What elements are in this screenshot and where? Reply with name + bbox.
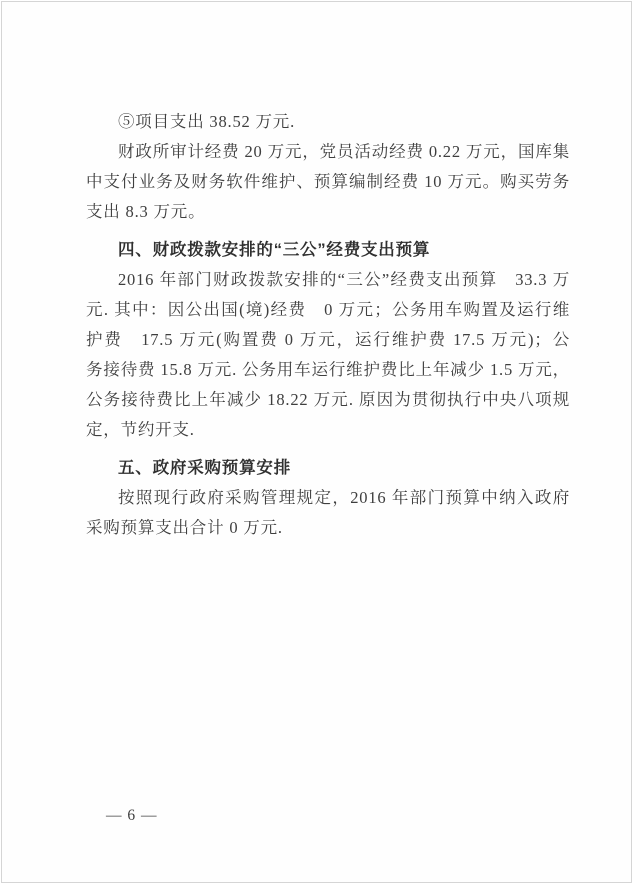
para-sangong-line: 公务接待费比上年减少 18.22 万元. 原因为贯彻执行中央八项规 (86, 385, 570, 415)
para-procurement-line: 采购预算支出合计 0 万元. (86, 513, 570, 543)
page-number: — 6 — (106, 805, 158, 827)
document-page: ⑤项目支出 38.52 万元. 财政所审计经费 20 万元，党员活动经费 0.2… (1, 1, 632, 883)
para-procurement-line: 按照现行政府采购管理规定，2016 年部门预算中纳入政府 (86, 483, 570, 513)
para-item5-line: ⑤项目支出 38.52 万元. (86, 107, 570, 137)
para-sangong-line: 定，节约开支. (86, 415, 570, 445)
section-heading-five: 五、政府采购预算安排 (86, 453, 570, 483)
para-sangong-line: 2016 年部门财政拨款安排的“三公”经费支出预算 33.3 万 (86, 265, 570, 295)
para-expenses-line: 支出 8.3 万元。 (86, 197, 570, 227)
para-sangong-line: 护费 17.5 万元(购置费 0 万元，运行维护费 17.5 万元)；公 (86, 325, 570, 355)
para-expenses-line: 中支付业务及财务软件维护、预算编制经费 10 万元。购买劳务 (86, 167, 570, 197)
para-expenses-line: 财政所审计经费 20 万元，党员活动经费 0.22 万元，国库集 (86, 137, 570, 167)
para-sangong-line: 元. 其中：因公出国(境)经费 0 万元；公务用车购置及运行维 (86, 295, 570, 325)
para-sangong-line: 务接待费 15.8 万元. 公务用车运行维护费比上年减少 1.5 万元， (86, 355, 570, 385)
section-heading-four: 四、财政拨款安排的“三公”经费支出预算 (86, 235, 570, 265)
document-body: ⑤项目支出 38.52 万元. 财政所审计经费 20 万元，党员活动经费 0.2… (86, 107, 570, 543)
